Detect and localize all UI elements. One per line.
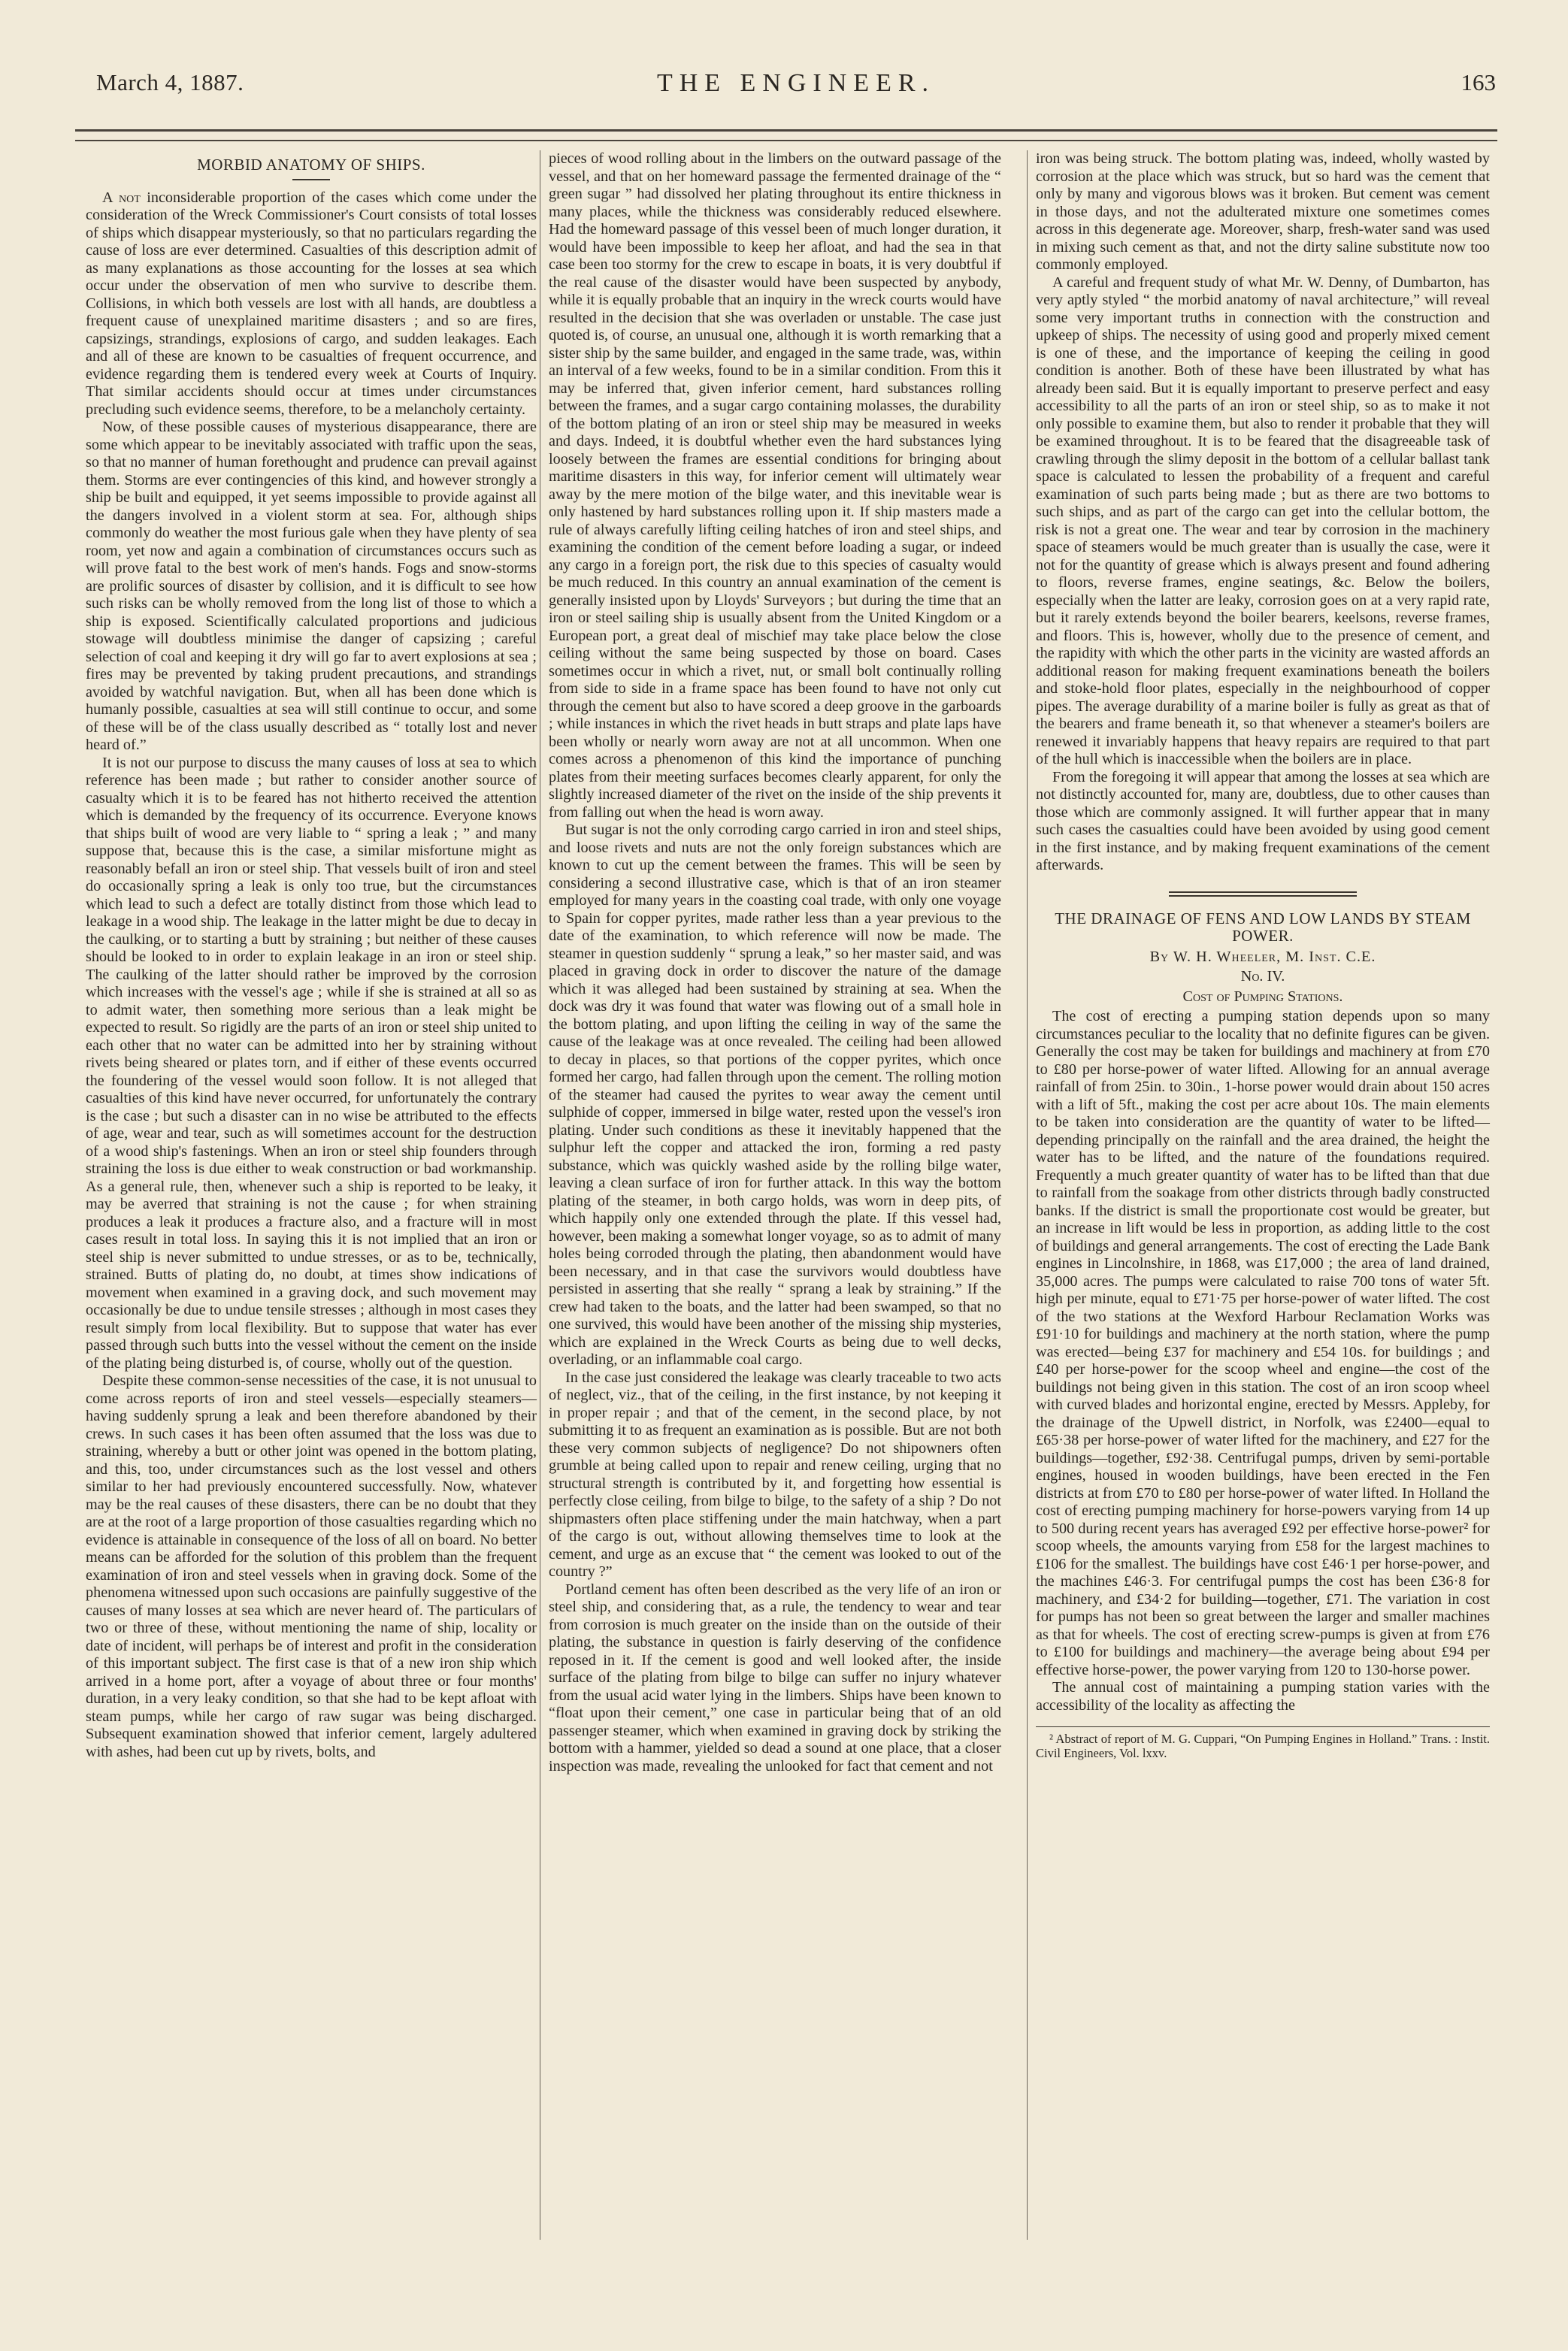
- paragraph: iron was being struck. The bottom platin…: [1036, 150, 1490, 274]
- column-3: iron was being struck. The bottom platin…: [1036, 150, 1490, 1760]
- paragraph: Despite these common-sense necessities o…: [86, 1372, 537, 1761]
- paragraph: pieces of wood rolling about in the limb…: [549, 150, 1001, 821]
- paragraph: From the foregoing it will appear that a…: [1036, 769, 1490, 875]
- article-title: MORBID ANATOMY OF SHIPS.: [86, 156, 537, 174]
- title-rule: [292, 179, 330, 180]
- article-title: THE DRAINAGE OF FENS AND LOW LANDS BY ST…: [1036, 910, 1490, 946]
- footnote-rule: [1036, 1726, 1490, 1727]
- column-divider: [540, 150, 540, 2240]
- paragraph: The cost of erecting a pumping station d…: [1036, 1008, 1490, 1679]
- header-rule: [75, 140, 1497, 141]
- article-separator: [1169, 891, 1357, 897]
- page-number: 163: [1461, 69, 1497, 96]
- page-header: March 4, 1887. THE ENGINEER. 163: [96, 69, 1496, 102]
- column-1: MORBID ANATOMY OF SHIPS. A not inconside…: [86, 150, 537, 1761]
- footnote: ² Abstract of report of M. G. Cuppari, “…: [1036, 1732, 1490, 1760]
- paragraph: A not inconsiderable proportion of the c…: [86, 189, 537, 419]
- paragraph: Now, of these possible causes of mysteri…: [86, 419, 537, 755]
- part-number: No. IV.: [1036, 968, 1490, 986]
- paragraph: A careful and frequent study of what Mr.…: [1036, 274, 1490, 769]
- publication-title: THE ENGINEER.: [96, 69, 1496, 98]
- section-heading: Cost of Pumping Stations.: [1036, 988, 1490, 1006]
- byline: By W. H. Wheeler, M. Inst. C.E.: [1036, 949, 1490, 967]
- header-rule: [75, 129, 1497, 132]
- paragraph: The annual cost of maintaining a pumping…: [1036, 1679, 1490, 1714]
- column-divider: [1027, 150, 1028, 2240]
- column-2: pieces of wood rolling about in the limb…: [549, 150, 1001, 1775]
- paragraph: But sugar is not the only corroding carg…: [549, 821, 1001, 1369]
- paragraph: In the case just considered the leakage …: [549, 1369, 1001, 1581]
- paragraph: Portland cement has often been described…: [549, 1581, 1001, 1776]
- paragraph: It is not our purpose to discuss the man…: [86, 755, 537, 1373]
